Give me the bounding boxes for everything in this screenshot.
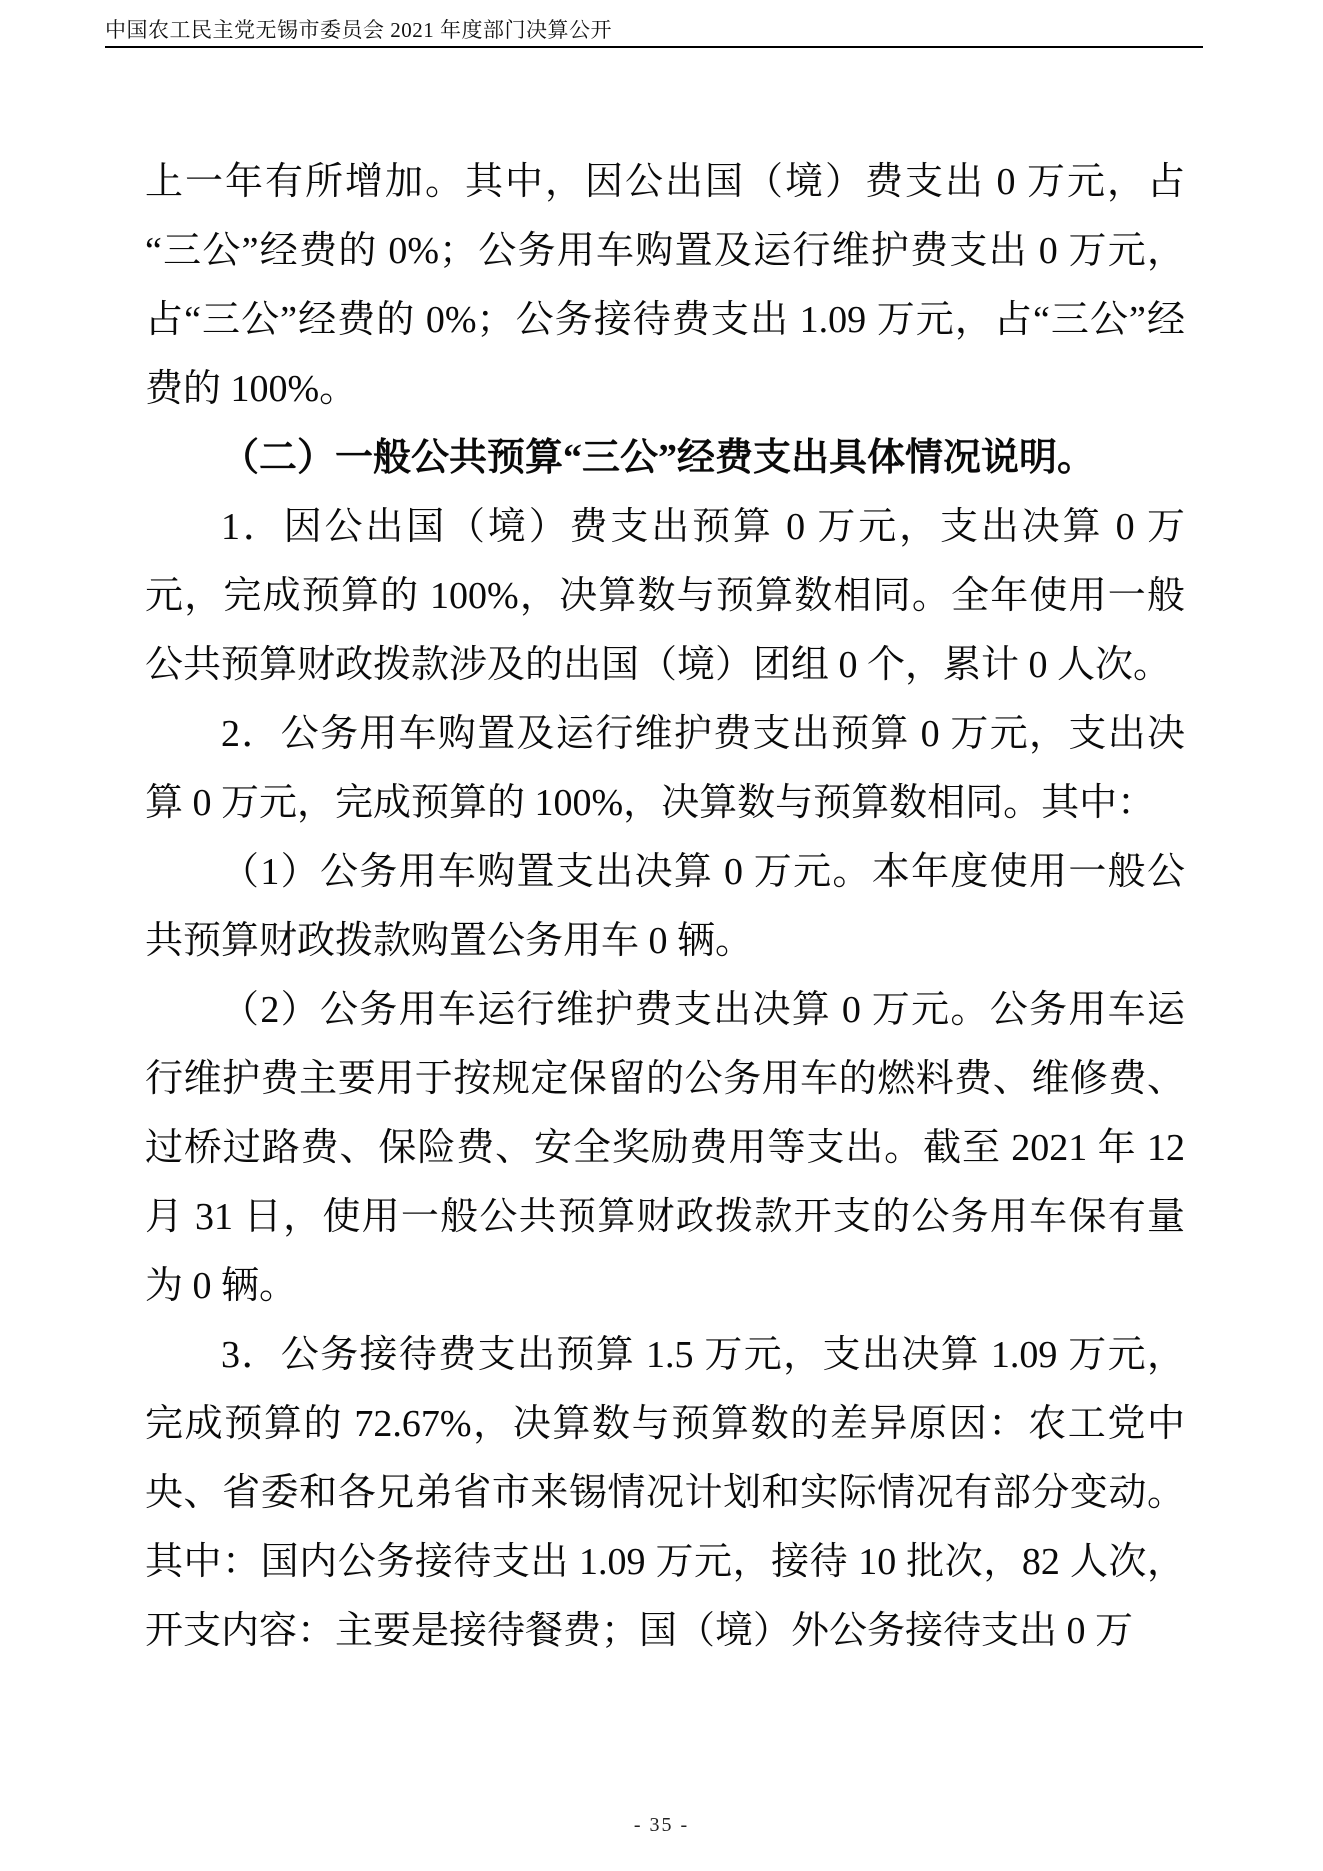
document-body: 上一年有所增加。其中，因公出国（境）费支出 0 万元，占“三公”经费的 0%；公…	[145, 148, 1185, 1666]
paragraph: （2）公务用车运行维护费支出决算 0 万元。公务用车运行维护费主要用于按规定保留…	[145, 976, 1185, 1321]
document-page: 中国农工民主党无锡市委员会 2021 年度部门决算公开 上一年有所增加。其中，因…	[0, 0, 1323, 1871]
page-number: - 35 -	[634, 1814, 689, 1836]
paragraph: （1）公务用车购置支出决算 0 万元。本年度使用一般公共预算财政拨款购置公务用车…	[145, 838, 1185, 976]
header-title: 中国农工民主党无锡市委员会 2021 年度部门决算公开	[105, 16, 1203, 44]
page-footer: - 35 -	[0, 1812, 1323, 1838]
paragraph: （二）一般公共预算“三公”经费支出具体情况说明。	[145, 424, 1185, 493]
paragraph: 1．因公出国（境）费支出预算 0 万元，支出决算 0 万元，完成预算的 100%…	[145, 493, 1185, 700]
page-header: 中国农工民主党无锡市委员会 2021 年度部门决算公开	[105, 16, 1203, 48]
header-rule	[105, 46, 1203, 48]
paragraph: 3．公务接待费支出预算 1.5 万元，支出决算 1.09 万元，完成预算的 72…	[145, 1321, 1185, 1666]
paragraph: 上一年有所增加。其中，因公出国（境）费支出 0 万元，占“三公”经费的 0%；公…	[145, 148, 1185, 424]
paragraph: 2．公务用车购置及运行维护费支出预算 0 万元，支出决算 0 万元，完成预算的 …	[145, 700, 1185, 838]
